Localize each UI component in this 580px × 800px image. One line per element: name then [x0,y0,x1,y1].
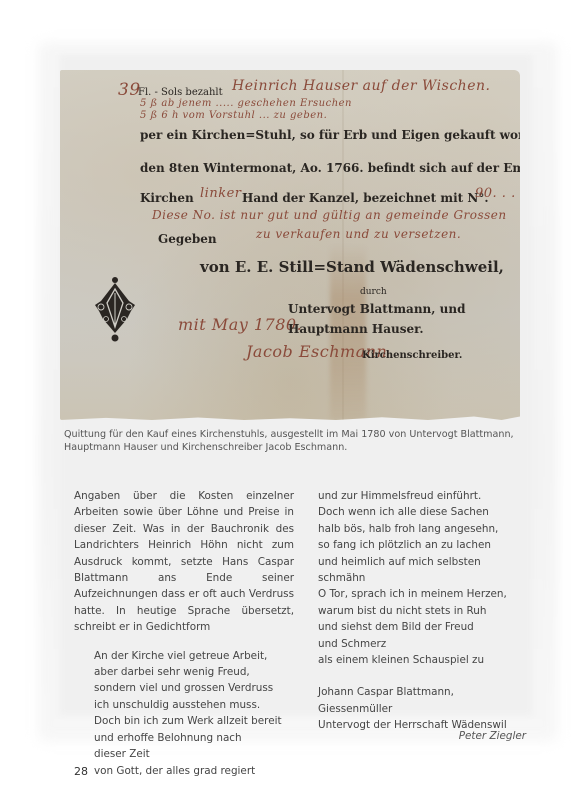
handwritten-sell: zu verkaufen und zu versetzen. [256,227,461,241]
page-number: 28 [74,765,88,778]
historic-receipt-image: 39 Fl. - Sols bezahlt Heinrich Hauser au… [60,70,520,420]
printed-line-date: den 8ten Wintermonat, Ao. 1766. befindt … [140,161,520,175]
poem-line: und zur Himmelsfreud einführt. [318,488,528,504]
printed-hauptmann: Hauptmann Hauser. [288,322,424,336]
ornamental-seal-icon [93,275,138,345]
image-caption: Quittung für den Kauf eines Kirchenstuhl… [64,428,524,454]
poem-line: als einem kleinen Schauspiel zu [318,652,528,668]
printed-currency: Fl. - Sols bezahlt [138,87,223,98]
poem-line: aber darbei sehr wenig Freud, [94,664,294,680]
poem-left: An der Kirche viel getreue Arbeit, aber … [74,648,294,779]
poem-line: sondern viel und grossen Verdruss [94,680,294,696]
stanza-gap [318,668,528,684]
text-column-right: und zur Himmelsfreud einführt. Doch wenn… [318,488,528,734]
poem-line: und Schmerz [318,636,528,652]
poem-line: von Gott, der alles grad regiert [94,763,294,779]
handwritten-number: 90. . . [475,186,516,201]
signature-line: Giessenmüller [318,701,528,717]
printed-durch: durch [360,287,387,297]
handwritten-payer: Heinrich Hauser auf der Wischen. [232,78,490,94]
poem-line: An der Kirche viel getreue Arbeit, [94,648,294,664]
author-name: Peter Ziegler [318,730,526,742]
poem-line: so fang ich plötzlich an zu lachen [318,537,528,553]
signature-line: Johann Caspar Blattmann, [318,684,528,700]
poem-line: halb bös, halb froh lang angesehn, [318,521,528,537]
printed-gegeben: Gegeben [158,232,217,246]
printed-line-kirchenstuhl: per ein Kirchen=Stuhl, so für Erb und Ei… [140,128,520,142]
printed-kirchen: Kirchen [140,191,194,205]
printed-untervogt: Untervogt Blattmann, und [288,302,465,316]
printed-kirchenschreiber: Kirchenschreiber. [362,350,462,361]
poem-line: Doch bin ich zum Werk allzeit bereit [94,713,294,729]
printed-issuer: von E. E. Still=Stand Wädenschweil, [200,258,504,276]
poem-line: ich unschuldig ausstehen muss. [94,697,294,713]
poem-line: dieser Zeit [94,746,294,762]
poem-line: Doch wenn ich alle diese Sachen [318,504,528,520]
handwritten-note-1: 5 ß ab jenem ..... geschehen Ersuchen [140,98,352,109]
poem-line: und heimlich auf mich selbsten [318,554,528,570]
poem-line: schmähn [318,570,528,586]
text-column-left: Angaben über die Kosten einzelner Arbeit… [74,488,294,779]
handwritten-note-2: 5 ß 6 h vom Vorstuhl ... zu geben. [140,110,327,121]
poem-line: und siehst dem Bild der Freud [318,619,528,635]
poem-line: warum bist du nicht stets in Ruh [318,603,528,619]
intro-paragraph: Angaben über die Kosten einzelner Arbeit… [74,488,294,636]
poem-line: und erhoffe Belohnung nach [94,730,294,746]
handwritten-validity: Diese No. ist nur gut und gültig an geme… [152,208,507,222]
poem-line: O Tor, sprach ich in meinem Herzen, [318,586,528,602]
printed-kanzel: Hand der Kanzel, bezeichnet mit N°. [242,191,489,205]
handwritten-date: mit May 1780. [178,315,302,334]
handwritten-linker: linker [200,186,241,201]
